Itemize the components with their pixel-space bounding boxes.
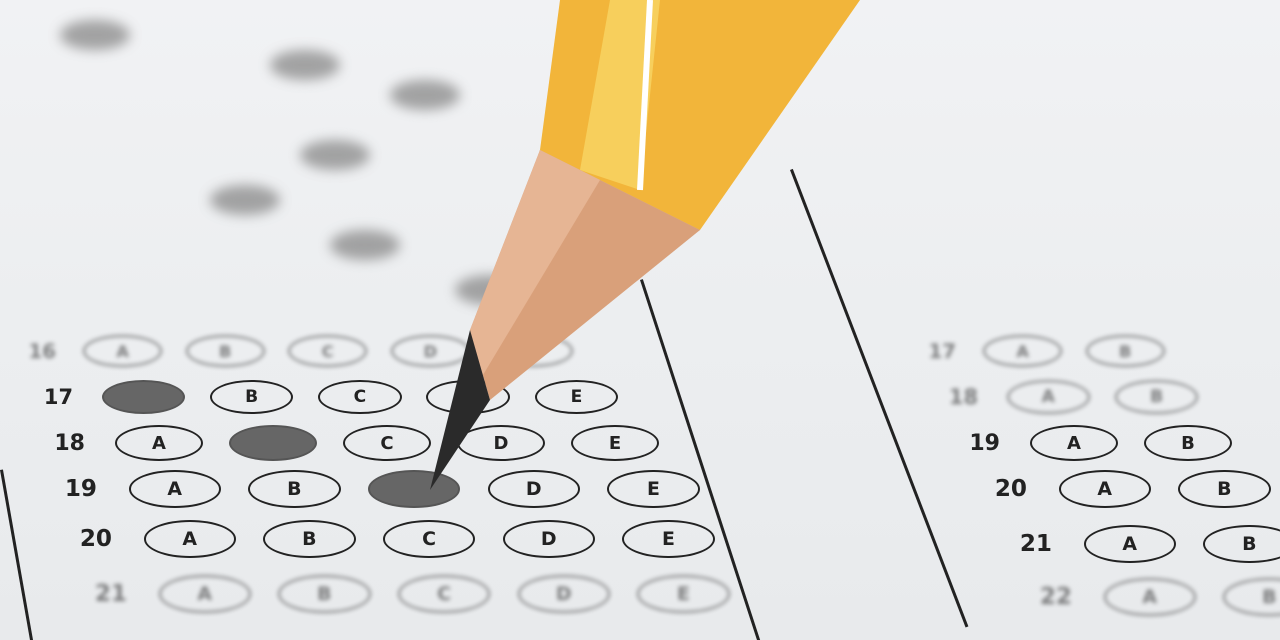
answer-sheet-photo: 16ABCDE17ABCDE18ABCDE19ABCDE20ABCDE21ABC… — [0, 0, 1280, 640]
pencil — [0, 0, 1280, 640]
